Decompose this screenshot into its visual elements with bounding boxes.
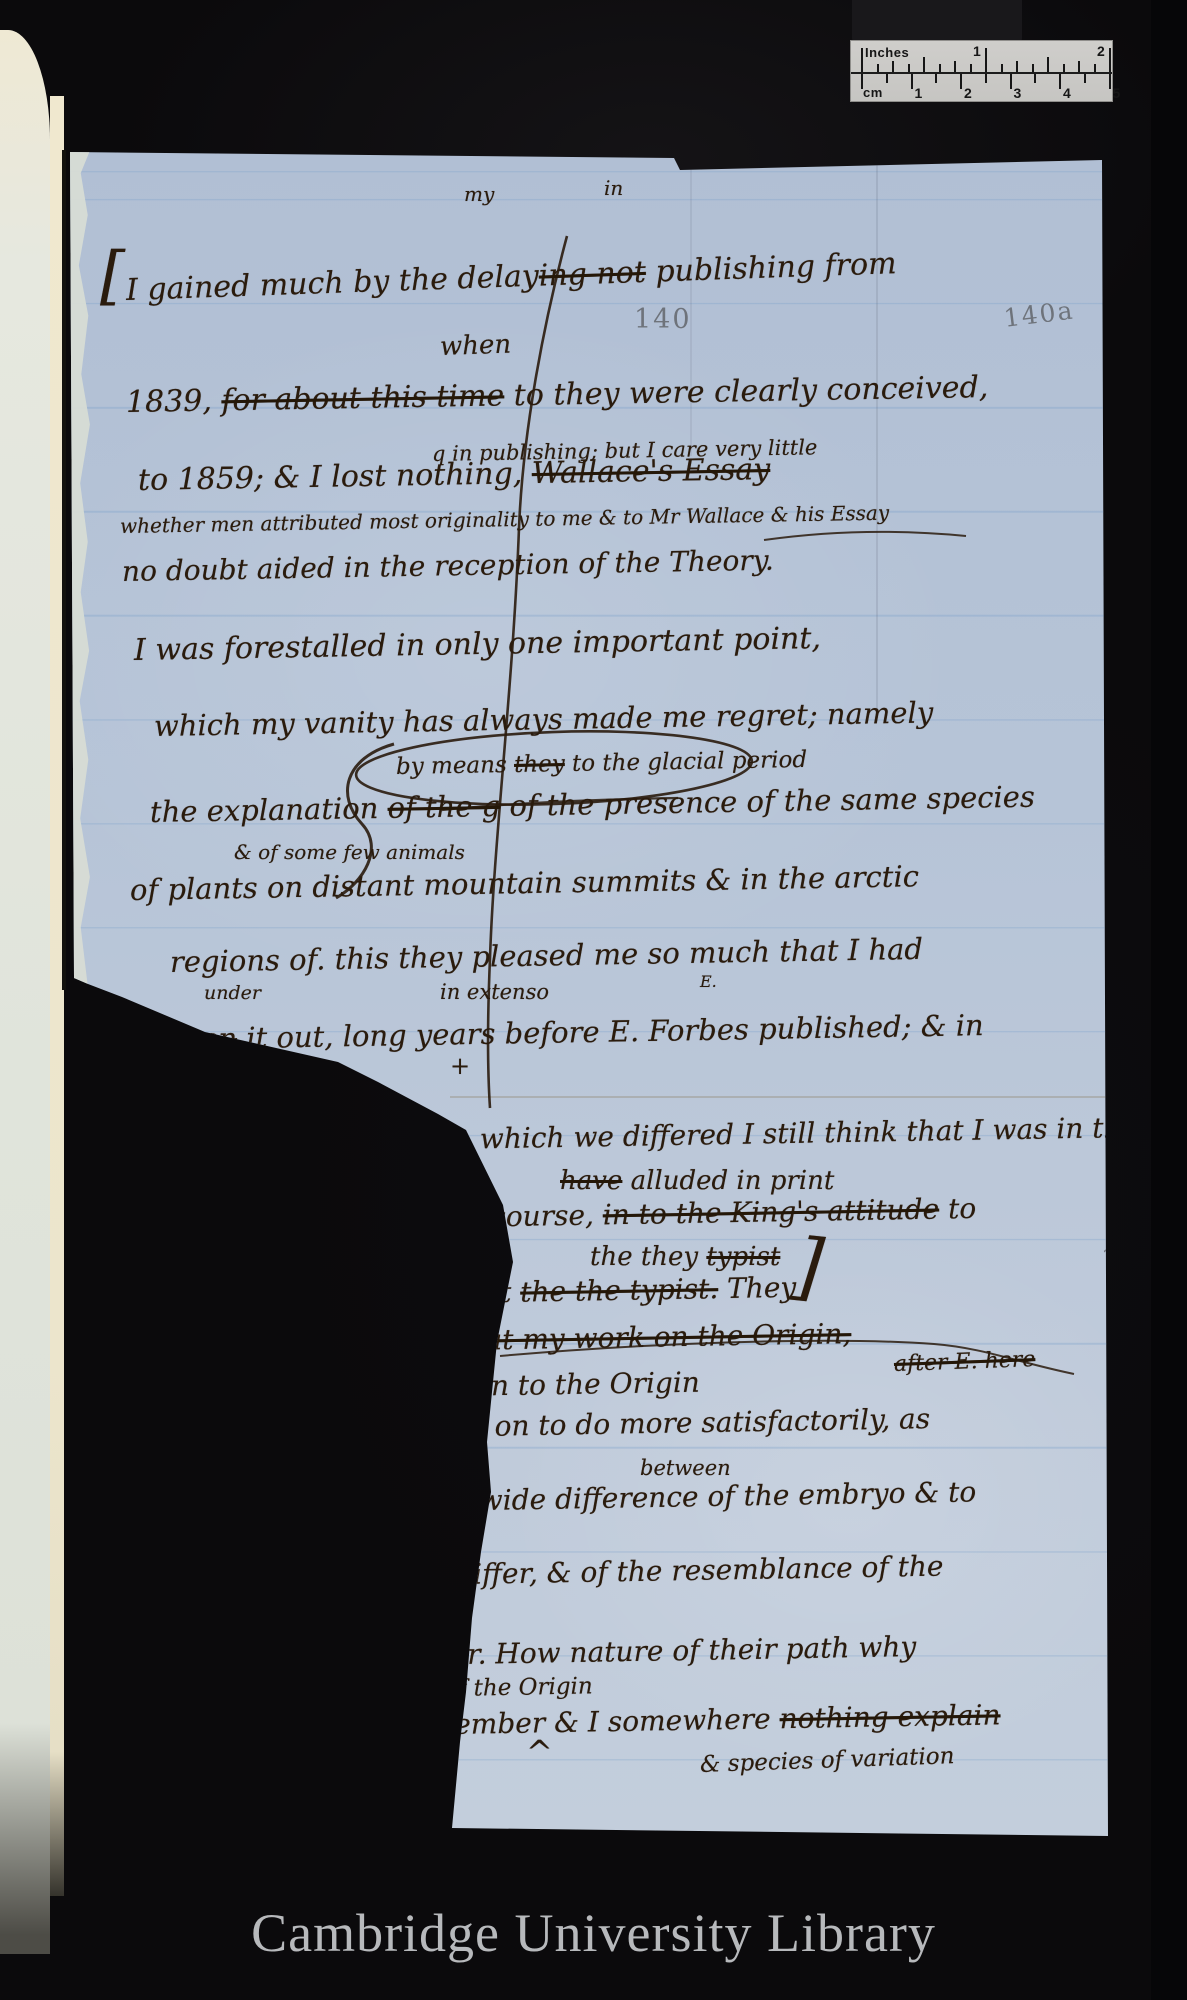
photographed-manuscript-page: { "institution": { "watermark": "Cambrid… bbox=[0, 0, 1187, 2000]
ruler-tick bbox=[861, 74, 863, 89]
ruler-number: 2 bbox=[1097, 43, 1105, 59]
handwriting-text: when bbox=[439, 330, 511, 362]
handwriting-line: ^ bbox=[526, 1736, 553, 1768]
handwriting-line: whether men attributed most originality … bbox=[120, 503, 889, 536]
ruler-tick bbox=[1094, 64, 1096, 72]
overline-flourish bbox=[764, 532, 966, 540]
handwriting-text: the wide difference of the embryo & to bbox=[424, 1475, 977, 1518]
handwriting-line: under bbox=[204, 984, 261, 1003]
struck-text: they bbox=[514, 751, 565, 778]
handwriting-text: the they bbox=[590, 1242, 706, 1272]
paper-crease bbox=[450, 1096, 1106, 1098]
ruler-number: 1 bbox=[973, 43, 981, 59]
vertical-deletion-line bbox=[488, 236, 567, 1108]
paper-crease bbox=[876, 158, 878, 718]
handwriting-line: I gained much by the delaying not publis… bbox=[125, 249, 897, 306]
struck-text: after E. here bbox=[894, 1347, 1036, 1377]
ruler-tick bbox=[1109, 74, 1111, 89]
struck-text: nothing explain bbox=[779, 1698, 1000, 1735]
handwriting-line: the explanation of the g of the presence… bbox=[150, 783, 1035, 827]
ruler-tick bbox=[970, 64, 972, 72]
ruler-midline bbox=[851, 72, 1112, 74]
handwriting-line: of plants on distant mountain summits & … bbox=[130, 862, 919, 905]
handwriting-line: differ. How nature of their path why bbox=[404, 1633, 917, 1670]
ruler-tick bbox=[892, 61, 894, 72]
handwriting-line: my differ, & of the resemblance of the bbox=[404, 1553, 944, 1590]
handwriting-text: under bbox=[204, 982, 261, 1004]
ruler-tick bbox=[1047, 57, 1049, 72]
handwriting-text: in extenso bbox=[440, 980, 549, 1004]
ruler-number: 5 bbox=[1113, 85, 1121, 101]
handwriting-text: They bbox=[718, 1271, 797, 1305]
handwriting-text: goes on to do more satisfactorily, as bbox=[420, 1402, 931, 1444]
measuring-ruler: Inches cm 1212345 bbox=[850, 40, 1113, 102]
struck-text: for about this time bbox=[221, 378, 504, 418]
ruler-tick bbox=[1063, 64, 1065, 72]
ruler-tick bbox=[985, 48, 987, 72]
handwriting-text: to the glacial period bbox=[565, 747, 808, 777]
ruler-number: 3 bbox=[1014, 85, 1022, 101]
handwriting-line: & species of variation bbox=[700, 1745, 955, 1777]
handwriting-text: to 1859; & I lost nothing, bbox=[138, 456, 532, 498]
handwriting-text: I gained much by the delay bbox=[125, 259, 539, 308]
handwriting-line: I was forestalled in only one important … bbox=[134, 624, 821, 666]
handwriting-text: the explanation bbox=[150, 791, 388, 829]
binding-shadow bbox=[1151, 0, 1187, 2000]
handwriting-line: Remember & I somewhere nothing explain bbox=[390, 1701, 1001, 1740]
ruler-tick bbox=[1034, 74, 1036, 83]
handwriting-text: my bbox=[464, 182, 494, 206]
handwriting-line: + bbox=[450, 1054, 470, 1078]
handwriting-line: & of some few animals bbox=[234, 842, 465, 862]
struck-text: typist bbox=[706, 1242, 780, 1272]
ruler-tick bbox=[908, 64, 910, 72]
handwriting-text: E. bbox=[700, 972, 717, 991]
handwriting-text: of the presence of the same species bbox=[500, 780, 1035, 823]
handwriting-line: 1839, for about this time to they were c… bbox=[126, 373, 989, 418]
ruler-tick bbox=[1078, 61, 1080, 72]
ruler-tick bbox=[985, 74, 987, 83]
ruler-tick bbox=[954, 61, 956, 72]
handwriting-text: regions of. this they pleased me so much… bbox=[170, 932, 924, 979]
handwriting-text: publishing from bbox=[645, 246, 897, 290]
handwriting-line: between bbox=[640, 1458, 731, 1479]
ruler-tick bbox=[1001, 64, 1003, 72]
handwriting-text: by means bbox=[396, 752, 515, 780]
ruler-tick bbox=[1084, 74, 1086, 83]
ruler-tick bbox=[1059, 74, 1061, 89]
fabric-patch bbox=[852, 0, 1022, 44]
album-page-edge-outer bbox=[0, 30, 50, 1954]
handwriting-text: ] bbox=[790, 1222, 828, 1311]
struck-text: Wallace's Essay bbox=[532, 452, 771, 491]
handwriting-line: after E. here bbox=[894, 1349, 1036, 1376]
ruler-tick bbox=[1032, 64, 1034, 72]
handwriting-line: have alluded in print bbox=[560, 1168, 834, 1194]
folio-number-a: 140a bbox=[1002, 296, 1076, 333]
ruler-tick bbox=[1016, 61, 1018, 72]
ruler-tick bbox=[923, 57, 925, 72]
handwriting-text: & of some few animals bbox=[234, 840, 465, 864]
handwriting-line: my bbox=[464, 184, 494, 204]
ruler-tick bbox=[877, 64, 879, 72]
handwriting-text: in which we differed I still think that … bbox=[444, 1111, 1139, 1156]
handwriting-line: regions of. this they pleased me so much… bbox=[170, 935, 923, 977]
ruler-tick bbox=[1010, 74, 1012, 89]
handwriting-text: in bbox=[604, 176, 623, 200]
handwriting-text: alluded in print bbox=[622, 1166, 834, 1196]
struck-text: in to the King's attitude bbox=[603, 1193, 940, 1232]
ruler-number: 2 bbox=[964, 85, 972, 101]
handwriting-line: the wide difference of the embryo & to bbox=[424, 1478, 977, 1516]
handwriting-line: by means they to the glacial period bbox=[396, 749, 807, 779]
handwriting-line: when bbox=[440, 332, 512, 360]
handwriting-line: goes on to do more satisfactorily, as bbox=[420, 1405, 931, 1442]
handwriting-line: E. bbox=[700, 974, 717, 990]
page-seam-shadow bbox=[62, 150, 66, 990]
handwriting-line: which my vanity has always made me regre… bbox=[154, 698, 934, 741]
ruler-cm-label: cm bbox=[863, 85, 883, 100]
handwriting-text: I was forestalled in only one important … bbox=[134, 621, 822, 668]
handwriting-text: it out, long years before E. Forbes publ… bbox=[237, 1008, 984, 1055]
library-watermark: Cambridge University Library bbox=[0, 1902, 1187, 1964]
handwriting-text: which my vanity has always made me regre… bbox=[154, 695, 934, 743]
handwriting-line: ] bbox=[790, 1228, 826, 1305]
ruler-tick bbox=[939, 64, 941, 72]
handwriting-text: whether men attributed most originality … bbox=[120, 501, 890, 538]
ruler-inches-label: Inches bbox=[865, 45, 909, 60]
handwriting-line: to 1859; & I lost nothing, Wallace's Ess… bbox=[138, 455, 771, 496]
handwriting-text: [ bbox=[100, 239, 125, 313]
ruler-tick bbox=[935, 74, 937, 83]
ruler-tick bbox=[960, 74, 962, 89]
handwriting-text: between bbox=[640, 1456, 731, 1480]
handwriting-text: & species of variation bbox=[700, 1743, 955, 1778]
ruler-tick bbox=[1109, 48, 1111, 72]
struck-text: ing not bbox=[538, 255, 646, 294]
folio-number: 140 bbox=[634, 304, 692, 335]
handwriting-text: no doubt aided in the reception of the T… bbox=[122, 544, 774, 588]
struck-text: have bbox=[560, 1166, 622, 1196]
handwriting-line: in extenso bbox=[440, 982, 549, 1003]
struck-text: of the g bbox=[387, 789, 500, 825]
ruler-number: 1 bbox=[915, 85, 923, 101]
handwriting-text: ^ bbox=[526, 1733, 553, 1771]
handwriting-line: [ bbox=[100, 244, 125, 308]
ruler-tick bbox=[911, 74, 913, 89]
handwriting-text: to bbox=[939, 1192, 977, 1226]
handwriting-line: in which we differed I still think that … bbox=[444, 1114, 1139, 1154]
handwriting-line: in bbox=[604, 178, 623, 198]
handwriting-line: no doubt aided in the reception of the T… bbox=[122, 547, 774, 586]
handwriting-text: my differ, & of the resemblance of the bbox=[404, 1550, 944, 1592]
handwriting-line: of course, in to the King's attitude to bbox=[454, 1195, 977, 1232]
handwriting-text: 1839, bbox=[126, 383, 222, 420]
ruler-tick bbox=[861, 48, 863, 72]
handwriting-line: the they typist bbox=[590, 1244, 780, 1270]
struck-text: the the typist. bbox=[520, 1272, 719, 1308]
ruler-tick bbox=[886, 74, 888, 83]
ruler-number: 4 bbox=[1063, 85, 1071, 101]
handwriting-text: differ. How nature of their path why bbox=[404, 1630, 917, 1672]
handwriting-text: + bbox=[450, 1052, 470, 1080]
handwriting-text: of plants on distant mountain summits & … bbox=[130, 859, 920, 907]
handwriting-text: to they were clearly conceived, bbox=[504, 370, 989, 413]
